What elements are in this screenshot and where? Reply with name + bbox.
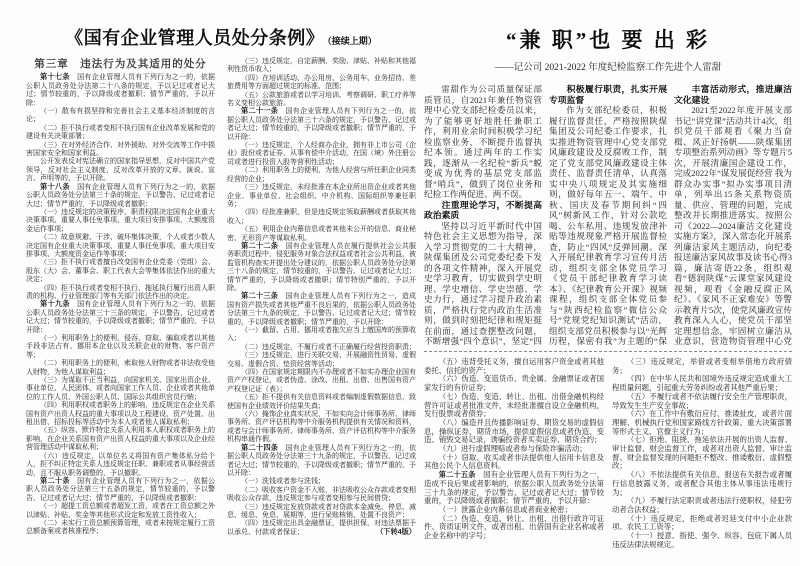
- right-article-columns: 雷甜作为公司质量保证部质管员，自2021年兼任物资管理中心党支部纪检委员以来，为…: [424, 84, 792, 346]
- dashed-divider: [424, 351, 792, 352]
- article-paragraph: （二）利用职务上的便利，为他人经营与所任职企业同类经营的企业；: [227, 166, 416, 183]
- article-paragraph: （五）纵容、默许特定关系人利用本人职权或者职务上的影响，在企业关系国有资产出资人…: [26, 426, 215, 451]
- article-paragraph: 公开发表反对宪法确立的国家指导思想，反对中国共产党领导，反对社会主义制度，反对改…: [26, 157, 215, 182]
- section-body: 坚持以习近平新时代中国特色社会主义思想为指导，深入学习贯彻党的二十大精神，陕煤集…: [424, 221, 542, 347]
- article-paragraph: （六）在工作中有敷衍应付、推诿扯皮，或者片面理解、机械执行党和国家路线方针政策、…: [612, 410, 792, 436]
- article-paragraph: （三）违反规定，举借或者变相举借地方政府债务；: [612, 358, 792, 375]
- right-article-title: “兼 职”也 要 出 彩: [424, 24, 792, 54]
- article-paragraph: 雷甜作为公司质量保证部质管员，自2021年兼任物资管理中心党支部纪检委员以来，为…: [424, 84, 542, 200]
- right-article-column-2: 积极履行职责，扎实开展专项监督 作为支部纪检委员，积极履行监督责任，严格按照陕煤…: [549, 84, 667, 346]
- right-article-column-3: 丰富活动形式，推进廉洁文化建设 2021至2022年度开展支部书记“讲党课”活动…: [674, 84, 792, 346]
- article-paragraph: （三）为谋取不正当利益，向国家机关、国家出资企业、事业单位、人民团体，或者向国家…: [26, 376, 215, 401]
- article-paragraph: 第二十二条 国有企业管理人员在履行提供社会公共服务职责过程中，侵犯服务对象合法权…: [227, 242, 416, 292]
- article-paragraph: （二）伪造、变造、转让、出租、出借行政许可证件、资质证明文件，或者出租、出借国有…: [424, 515, 604, 541]
- article-paragraph: （七）拒绝、阻挠、拖延依法开展的出资人监督、审计监督、财会监督工作，或者对出资人…: [612, 436, 792, 471]
- left-article-title-row: 《国有企业管理人员处分条例》（接续上期）: [26, 24, 416, 50]
- article-paragraph: （五）公款旅游或者以学习培训、考察调研、职工疗养等名义变相公款旅游。: [227, 91, 416, 108]
- chapter-heading: 第三章 违法行为及其适用的处分: [26, 60, 215, 68]
- article-paragraph: （三）在对外经济合作、对外援助、对外交流等工作中损害国家安全和国家利益。: [26, 141, 215, 158]
- article-paragraph: （六）掩饰企业真实状况，不如实向会计师事务所、律师事务所、资产评估机构等中介服务…: [227, 410, 416, 444]
- article-paragraph: （四）在国家规定期限内不办理或者不如实办理企业国有资产产权登记，或者伪造、涂改、…: [227, 368, 416, 393]
- section-body: 作为支部纪检委员，积极履行监督责任，严格按照陕煤集团及公司纪委工作要求，扎实推进…: [549, 105, 667, 346]
- section-heading: 积极履行职责，扎实开展专项监督: [549, 84, 667, 105]
- article-paragraph: （四）在培训活动、办公用房、公务用车、业务招待、差旅费用等方面超过规定的标准、范…: [227, 74, 416, 91]
- article-paragraph: 第二十五条 国有企业管理人员有下列行为之一，造成不良后果或者影响的，依据公职人员…: [424, 471, 604, 506]
- article-paragraph: （三）违反规定，未经批准在本企业所出资企业或者其他企业、事业单位、社会组织、中介…: [227, 183, 416, 208]
- article-paragraph: （四）利用职权或者职务上的影响，违反规定在企业关系国有资产出资人权益的重大事项以…: [26, 401, 215, 426]
- article-paragraph: （五）不履行或者不依法履行安全生产管理职责，导致发生生产安全事故；: [612, 393, 792, 410]
- newspaper-page: 《国有企业管理人员处分条例》（接续上期） 第三章 违法行为及其适用的处分 第十七…: [0, 0, 800, 566]
- left-article-columns: 第三章 违法行为及其适用的处分 第十七条 国有企业管理人员有下列行为之一的，依据…: [26, 57, 416, 536]
- article-paragraph: （二）未实行工资总额预算管理，或者未按规定履行工资总额备案或者核准程序；: [26, 519, 215, 536]
- right-article: “兼 职”也 要 出 彩 ——记公司 2021-2022 年度纪检监察工作先进个…: [424, 24, 792, 549]
- article-paragraph: （五）违背受托义务，擅自运用客户资金或者其他委托、信托的资产；: [424, 358, 604, 375]
- article-paragraph: （一）违反规定，个人经商办企业，拥有非上市公司（企业）股份或者证券，从事有偿中介…: [227, 141, 416, 166]
- article-paragraph: （二）吸收客户资金不入账，非法吸收公众存款或者变相吸收公众存款，违反规定参与或者…: [227, 486, 416, 503]
- article-paragraph: （二）利用职务上的便利，索取他人财物或者非法收受他人财物，为他人谋取利益；: [26, 359, 215, 376]
- article-paragraph: （五）拒不提供有关信息资料或者编制虚假数据信息，致使国有企业绩效评价结果失真；: [227, 393, 416, 410]
- article-paragraph: （一）超提工资总额或者超发工资，或者在工资总额之外以津贴、补贴、奖金等其他形式设…: [26, 502, 215, 519]
- article-paragraph: （八）不依法提供有关信息、报送有关报告或者履行信息披露义务，或者配合其他主体从事…: [612, 471, 792, 497]
- article-paragraph: （二）违反规定，不履行或者不正确履行经营投资职责；: [227, 343, 416, 351]
- article-paragraph: （一）散布有损坚持和完善社会主义基本经济制度的言论；: [26, 107, 215, 124]
- article-paragraph: （六）伪造、变造货币、贵金属、金融票证或者国家发行的有价证券；: [424, 375, 604, 392]
- left-article-column-2-text: （三）违反规定，自定薪酬、奖励、津贴、补贴和其他福利性货币收入；（四）在培训活动…: [227, 57, 416, 536]
- right-article-subtitle: ——记公司 2021-2022 年度纪检监察工作先进个人雷甜: [424, 59, 792, 73]
- right-article-column-1: 雷甜作为公司质量保证部质管员，自2021年兼任物资管理中心党支部纪检委员以来，为…: [424, 84, 542, 346]
- left-article-column-1: 第三章 违法行为及其适用的处分 第十七条 国有企业管理人员有下列行为之一的，依据…: [26, 57, 215, 536]
- article-paragraph: （三）违反规定，进行关联交易、开展融资性贸易、虚假交易、虚假合资、垫资经营等活动…: [227, 351, 416, 368]
- section-heading: 注重理论学习，不断提高政治素质: [424, 200, 542, 221]
- article-paragraph: （四）在中华人民共和国境外违反规定造成重大工程质量问题，引起重大劳务纠纷或者其他…: [612, 375, 792, 392]
- article-paragraph: （三）违反规定，自定薪酬、奖励、津贴、补贴和其他福利性货币收入；: [227, 57, 416, 74]
- article-paragraph: （十）窃取、收买或者非法提供他人信用卡信息及其他公民个人信息资料。: [424, 454, 604, 471]
- article-paragraph: （五）利用企业内幕信息或者其他未公开的信息、商业秘密、无形资产等谋取私利。: [227, 225, 416, 242]
- article-paragraph: 第二十条 国有企业管理人员有下列行为之一，依据公职人员政务处分法第三十五条的规定…: [26, 477, 215, 502]
- article-paragraph: （二）故意规避、干涉、破坏集体决策，个人或者少数人决定国有企业重大决策事项、重要…: [26, 233, 215, 258]
- article-paragraph: （十一）授意、指使、强令、纵容、包庇下属人员违反法律法规规定。: [612, 532, 792, 549]
- article-paragraph: 第二十一条 国有企业管理人员有下列行为之一的，依据公职人员政务处分法第三十六条的…: [227, 107, 416, 141]
- article-paragraph: （七）伪造、变造、转让、出租、出借金融机构经营许可证或者批准文件，未经批准擅自设…: [424, 393, 604, 419]
- left-article-title-note: （接续上期）: [327, 36, 377, 46]
- article-paragraph: （一）截留、占用、挪用或者拖欠应当上缴国库的预算收入；: [227, 326, 416, 343]
- article-paragraph: （六）违反规定，以单位名义将国有资产集体私分给个人，拒不纠正特定关系人违反规定任…: [26, 452, 215, 477]
- left-article-column-2: （三）违反规定，自定薪酬、奖励、津贴、补贴和其他福利性货币收入；（四）在培训活动…: [227, 57, 416, 536]
- left-article-title: 《国有企业管理人员处分条例》: [65, 28, 324, 48]
- left-article: 《国有企业管理人员处分条例》（接续上期） 第三章 违法行为及其适用的处分 第十七…: [26, 24, 416, 536]
- article-paragraph: （三）违反规定发放贷款或者对贷款本金减免、停息、减息、缓息、免息、展期等，进行呆…: [227, 503, 416, 520]
- article-paragraph: （三）拒不执行或者擅自改变国有企业党委（党组）会、股东（大）会、董事会、职工代表…: [26, 258, 215, 283]
- section-body: 2021至2022年度开展支部书记“讲党课”活动共计4次，组织党员干部观看《聚力…: [674, 105, 792, 346]
- article-paragraph: （一）违反规定的决策程序、职责权限决定国有企业重大决策事项、重要人事任免事项、重…: [26, 208, 215, 233]
- continuation-column-2: （三）违反规定，举借或者变相举借地方政府债务；（四）在中华人民共和国境外违反规定…: [612, 358, 792, 549]
- article-paragraph: （八）编造并且传播影响证券、期货交易的虚假信息，操纵证券、期货市场，提供虚假信息…: [424, 419, 604, 445]
- article-paragraph: 第二十三条 国有企业管理人员有下列行为之一，造成国有资产损失或者其他严重不良后果…: [227, 292, 416, 326]
- article-paragraph: 第十七条 国有企业管理人员有下列行为之一的，依据公职人员政务处分法第二十八条的规…: [26, 73, 215, 107]
- left-article-continuation: （五）违背受托义务，擅自运用客户资金或者其他委托、信托的资产；（六）伪造、变造货…: [424, 358, 792, 549]
- article-paragraph: （十）违反规定，拒绝或者迟延支付中小企业款项、农民工工资等；: [612, 515, 792, 532]
- article-paragraph: （二）拒不执行或者变相不执行国有企业改革发展和党的建设有关决策部署；: [26, 124, 215, 141]
- article-paragraph: （一）利用职务上的便利，侵吞、窃取、骗取或者以其他手段非法占有、挪用本企业以及关…: [26, 334, 215, 359]
- article-paragraph: （四）经批准兼职，但是违反规定领取薪酬或者获取其他收入；: [227, 208, 416, 225]
- section-heading: 丰富活动形式，推进廉洁文化建设: [674, 84, 792, 105]
- continuation-column-1: （五）违背受托义务，擅自运用客户资金或者其他委托、信托的资产；（六）伪造、变造货…: [424, 358, 604, 549]
- article-paragraph: 第十九条 国有企业管理人员有下列行为之一的，依据公职人员政务处分法第三十三条的规…: [26, 300, 215, 334]
- article-paragraph: 第二十四条 国有企业管理人员有下列行为之一的，依据公职人员政务处分法第三十九条的…: [227, 444, 416, 478]
- article-paragraph: （一）洗钱或者参与洗钱；: [227, 477, 416, 485]
- article-paragraph: 第十八条 国有企业管理人员有下列行为之一的，依据公职人员政务处分法第三十条的规定…: [26, 183, 215, 208]
- article-paragraph: （九）不履行法定职责或者违法行使职权，侵犯劳动者合法权益；: [612, 497, 792, 514]
- left-article-column-1-text: 第十七条 国有企业管理人员有下列行为之一的，依据公职人员政务处分法第二十八条的规…: [26, 73, 215, 535]
- article-paragraph: （四）拒不执行或者变相不执行、拖延执行履行出资人职责的机构、行业管理部门等有关部…: [26, 284, 215, 301]
